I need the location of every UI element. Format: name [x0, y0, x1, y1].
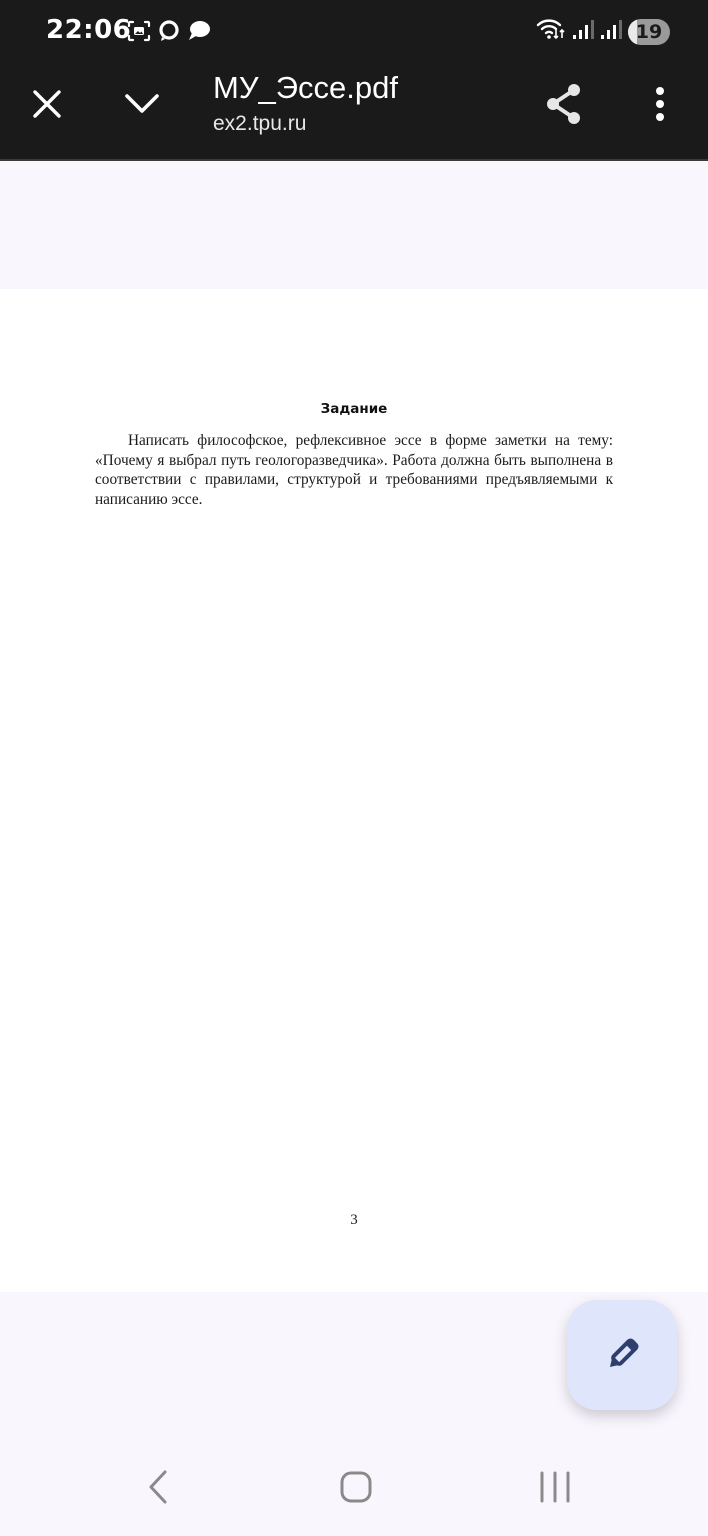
- document-title: МУ_Эссе.pdf: [213, 70, 398, 106]
- system-icons: 19: [536, 16, 670, 47]
- back-icon: [147, 1469, 169, 1505]
- page-heading: Задание: [0, 401, 708, 417]
- battery-level: 19: [636, 21, 662, 43]
- system-nav-bar: [0, 1440, 708, 1536]
- page-body-text: Написать философское, рефлексивное эссе …: [95, 431, 613, 509]
- notification-icons: [127, 20, 211, 47]
- edit-pencil-icon: [602, 1335, 642, 1375]
- battery-indicator: 19: [628, 19, 670, 45]
- more-vert-icon: [654, 86, 666, 122]
- signal-icon: [572, 17, 594, 46]
- messenger-icon: [158, 20, 180, 47]
- wifi-icon: [536, 16, 566, 47]
- collapse-button[interactable]: [116, 82, 168, 126]
- status-time: 22:06: [46, 15, 131, 45]
- screenshot-icon: [127, 20, 151, 47]
- home-button[interactable]: [326, 1460, 386, 1514]
- share-icon: [544, 83, 584, 125]
- signal-icon: [600, 17, 622, 46]
- close-icon: [32, 89, 62, 119]
- more-options-button[interactable]: [640, 80, 680, 128]
- close-button[interactable]: [22, 82, 72, 126]
- document-source: ex2.tpu.ru: [213, 112, 398, 136]
- page-number: 3: [0, 1212, 708, 1229]
- share-button[interactable]: [538, 80, 590, 128]
- chevron-down-icon: [124, 93, 160, 115]
- recents-button[interactable]: [525, 1460, 585, 1514]
- chat-bubble-icon: [187, 20, 211, 47]
- pdf-page[interactable]: Задание Написать философское, рефлексивн…: [0, 289, 708, 1292]
- recents-icon: [538, 1470, 572, 1504]
- back-button[interactable]: [128, 1460, 188, 1514]
- edit-button[interactable]: [567, 1300, 677, 1410]
- app-bar: МУ_Эссе.pdf ex2.tpu.ru: [0, 62, 708, 159]
- home-icon: [339, 1470, 373, 1504]
- app-bar-divider: [0, 159, 708, 161]
- status-bar: 22:06 19: [0, 0, 708, 62]
- title-block: МУ_Эссе.pdf ex2.tpu.ru: [213, 70, 398, 136]
